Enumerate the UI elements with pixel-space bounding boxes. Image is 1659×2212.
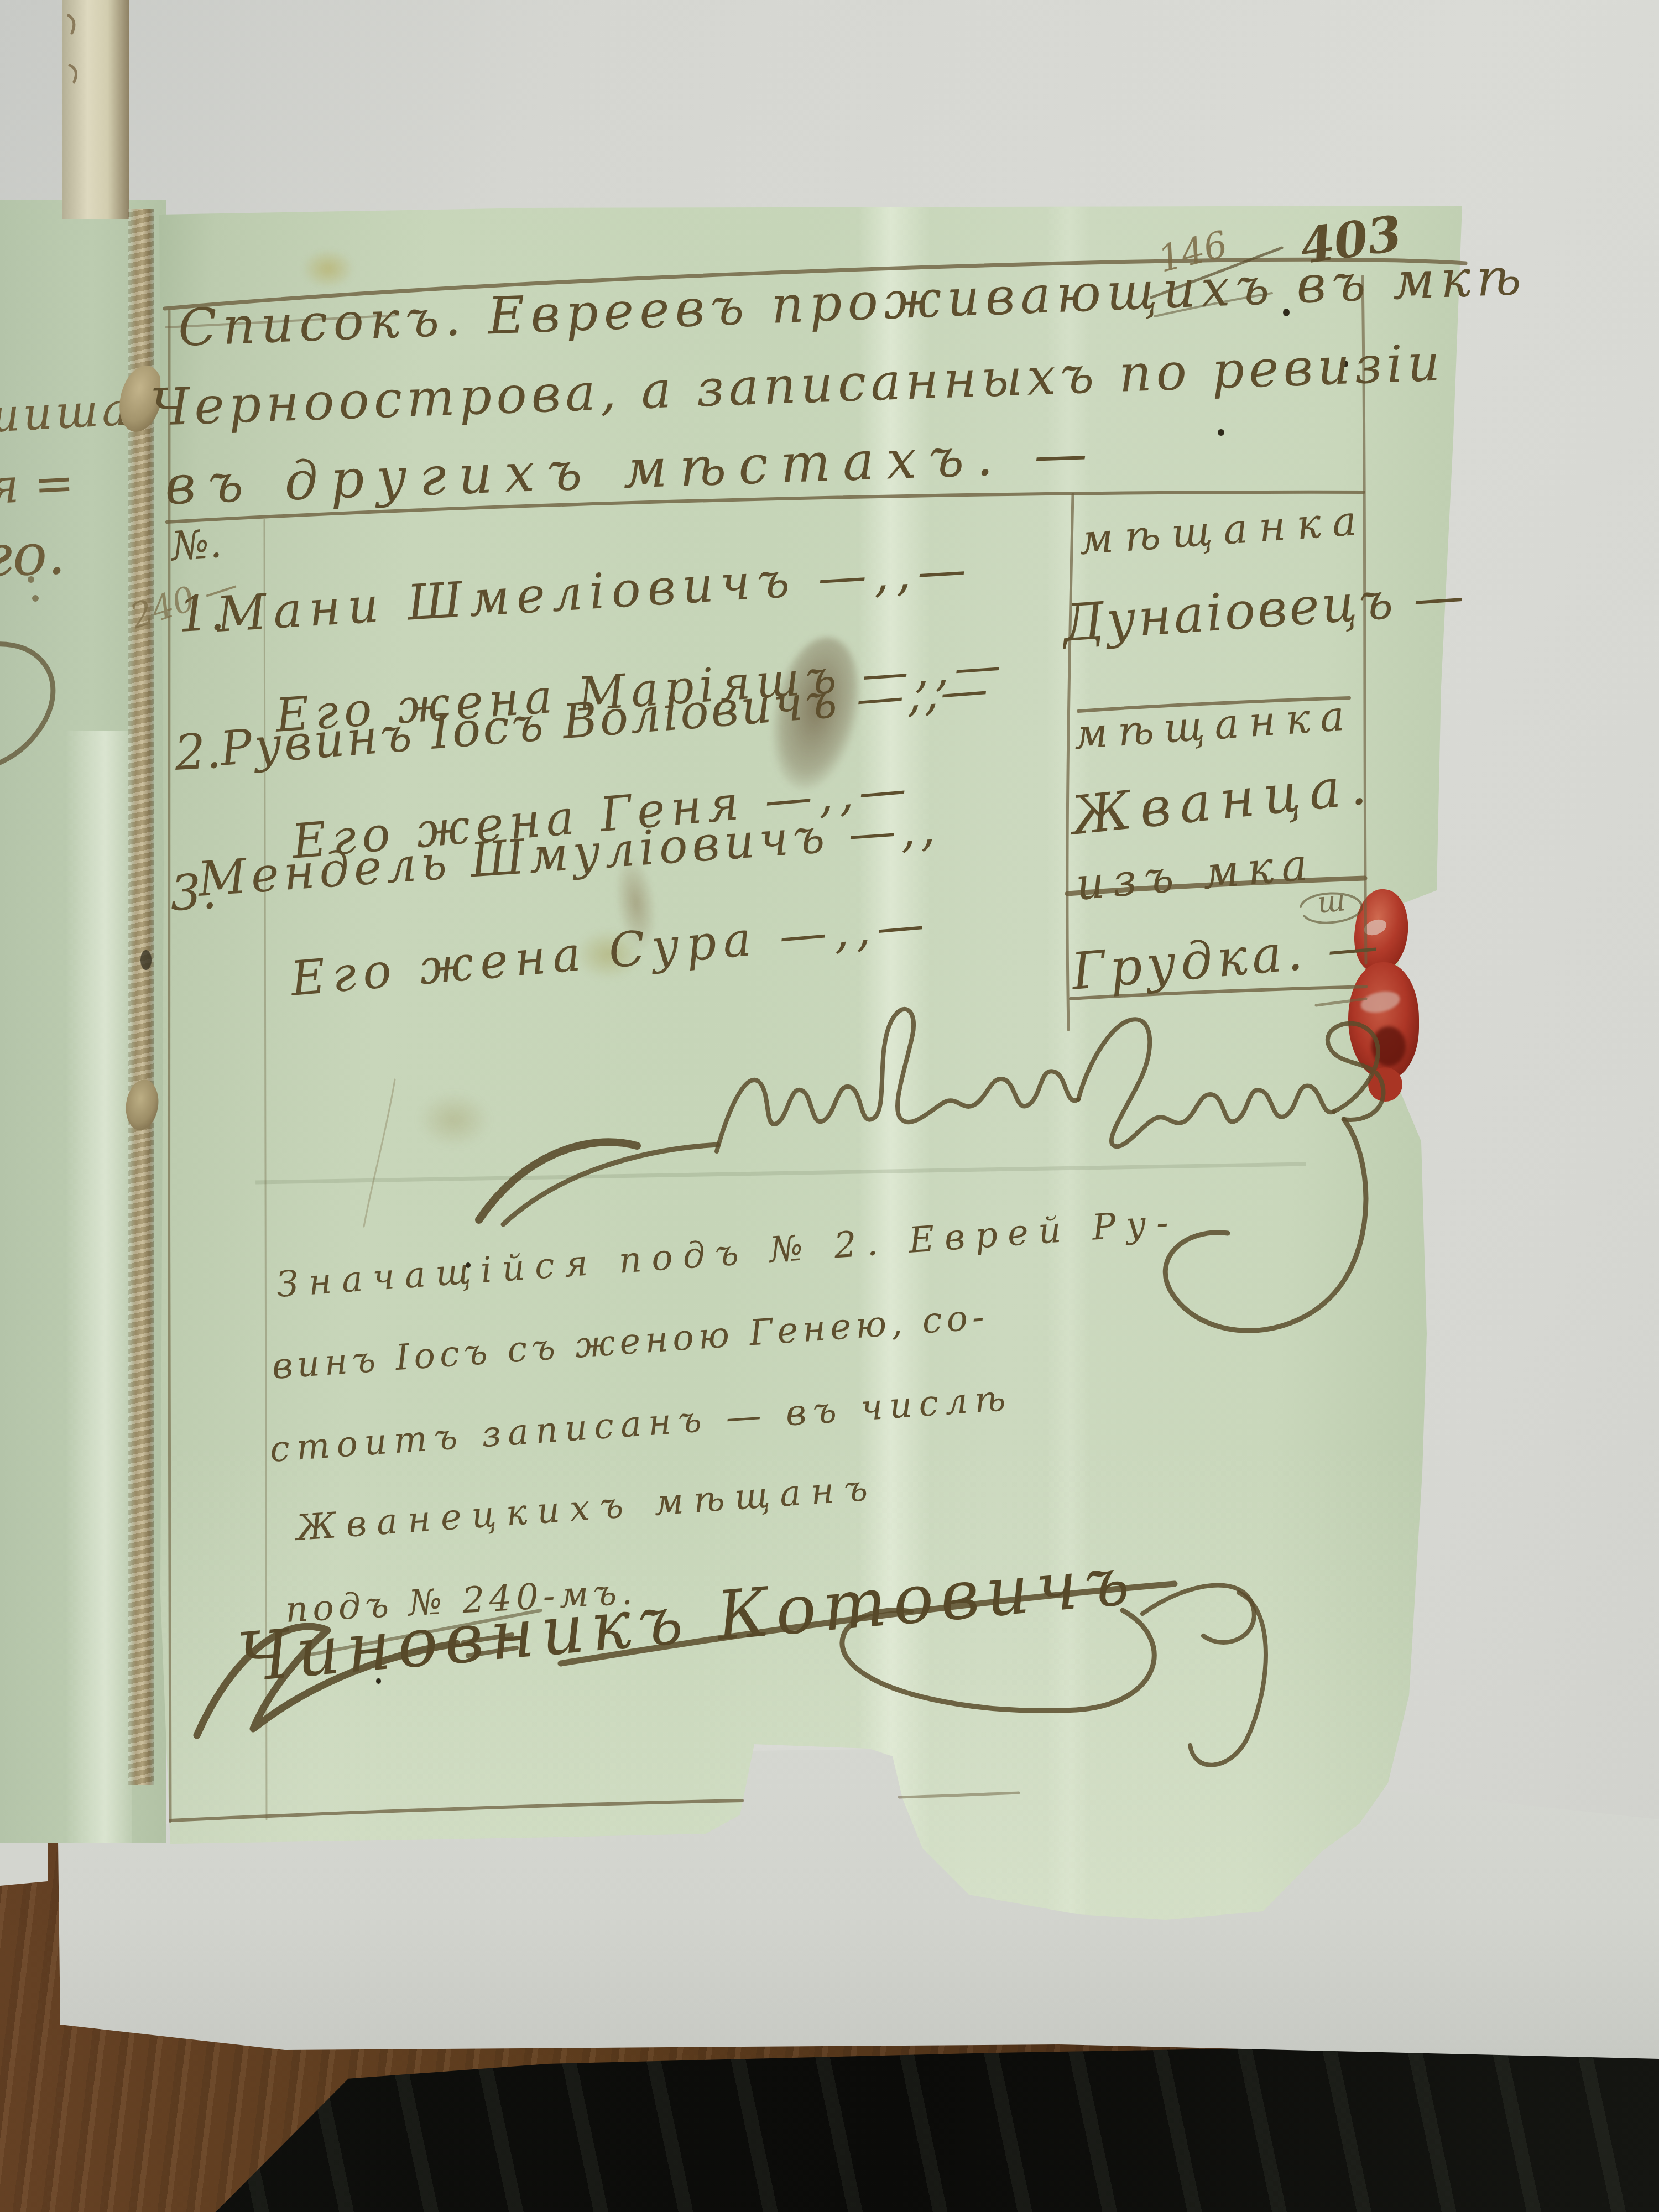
row2-origin-note: ш <box>1316 885 1347 918</box>
left-page-text-fragment: ія = <box>0 459 75 512</box>
page-horizontal-crease <box>255 1162 1306 1184</box>
left-page-text-fragment: шиша <box>0 387 133 440</box>
wax-seal-dark-core <box>1371 1026 1406 1066</box>
binding-twine <box>128 209 154 1785</box>
column-header-number: №. <box>170 523 223 566</box>
ink-fleck <box>1218 429 1224 436</box>
left-page-fold-highlight <box>65 731 132 1843</box>
twine-texture <box>128 209 154 1785</box>
photo-canvas: шиша ія = го. <box>0 0 1659 2212</box>
wax-seal-lower-blob <box>1368 1067 1402 1102</box>
yellow-stain <box>301 249 354 289</box>
white-backing-strip <box>0 1843 48 1886</box>
row2-number: 2. <box>174 727 222 778</box>
stitch-hole <box>140 950 152 970</box>
yellow-stain <box>418 1092 491 1147</box>
left-page-text-fragment: го. <box>0 525 66 585</box>
folded-paper-edge-top <box>62 0 129 219</box>
